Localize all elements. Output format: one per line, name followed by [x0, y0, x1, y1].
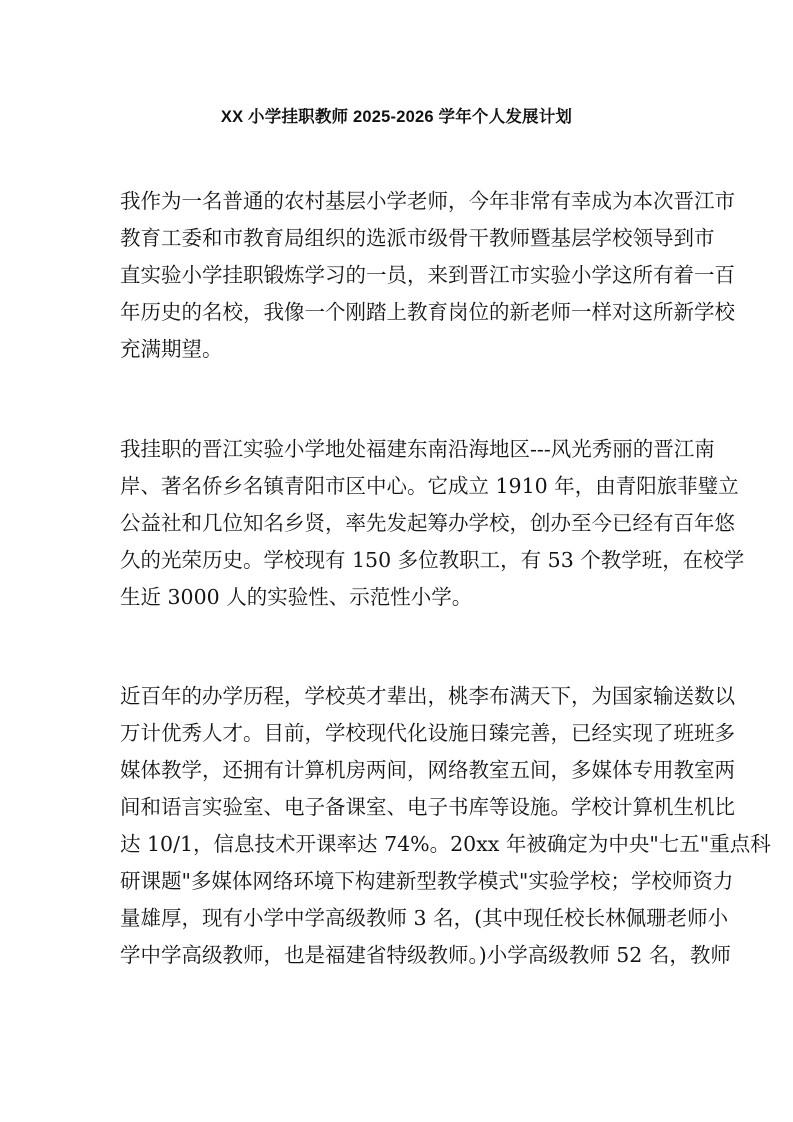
paragraph-line: 我挂职的晋江实验小学地处福建东南沿海地区---风光秀丽的晋江南: [120, 431, 676, 468]
document-title: XX 小学挂职教师 2025-2026 学年个人发展计划: [0, 105, 793, 129]
paragraph-line: 量雄厚，现有小学中学高级教师 3 名，(其中现任校长林佩珊老师小: [120, 900, 676, 937]
paragraph-line: 年历史的名校，我像一个刚踏上教育岗位的新老师一样对这所新学校: [120, 294, 676, 331]
paragraph-line: 达 10/1，信息技术开课率达 74%。20xx 年被确定为中央"七五"重点科: [120, 826, 676, 863]
paragraph-line: 直实验小学挂职锻炼学习的一员，来到晋江市实验小学这所有着一百: [120, 257, 676, 294]
paragraph-line: 教育工委和市教育局组织的选派市级骨干教师暨基层学校领导到市: [120, 220, 676, 257]
paragraph-line: 媒体教学，还拥有计算机房两间，网络教室五间，多媒体专用教室两: [120, 752, 676, 789]
paragraph-line: 研课题"多媒体网络环境下构建新型教学模式"实验学校；学校师资力: [120, 863, 676, 900]
paragraph-3: 近百年的办学历程，学校英才辈出，桃李布满天下，为国家输送数以 万计优秀人才。目前…: [120, 678, 676, 974]
paragraph-line: 间和语言实验室、电子备课室、电子书库等设施。学校计算机生机比: [120, 789, 676, 826]
paragraph-line: 岸、著名侨乡名镇青阳市区中心。它成立 1910 年，由青阳旅菲璧立: [120, 468, 676, 505]
paragraph-line: 公益社和几位知名乡贤，率先发起筹办学校，创办至今已经有百年悠: [120, 505, 676, 542]
paragraph-line: 生近 3000 人的实验性、示范性小学。: [120, 579, 676, 616]
paragraph-2: 我挂职的晋江实验小学地处福建东南沿海地区---风光秀丽的晋江南 岸、著名侨乡名镇…: [120, 431, 676, 616]
document-page: XX 小学挂职教师 2025-2026 学年个人发展计划 我作为一名普通的农村基…: [0, 0, 793, 1122]
paragraph-line: 久的光荣历史。学校现有 150 多位教职工，有 53 个教学班，在校学: [120, 542, 676, 579]
paragraph-line: 充满期望。: [120, 331, 676, 368]
paragraph-line: 近百年的办学历程，学校英才辈出，桃李布满天下，为国家输送数以: [120, 678, 676, 715]
paragraph-line: 我作为一名普通的农村基层小学老师，今年非常有幸成为本次晋江市: [120, 183, 676, 220]
paragraph-line: 学中学高级教师，也是福建省特级教师。)小学高级教师 52 名，教师: [120, 937, 676, 974]
paragraph-1: 我作为一名普通的农村基层小学老师，今年非常有幸成为本次晋江市 教育工委和市教育局…: [120, 183, 676, 368]
paragraph-line: 万计优秀人才。目前，学校现代化设施日臻完善，已经实现了班班多: [120, 715, 676, 752]
